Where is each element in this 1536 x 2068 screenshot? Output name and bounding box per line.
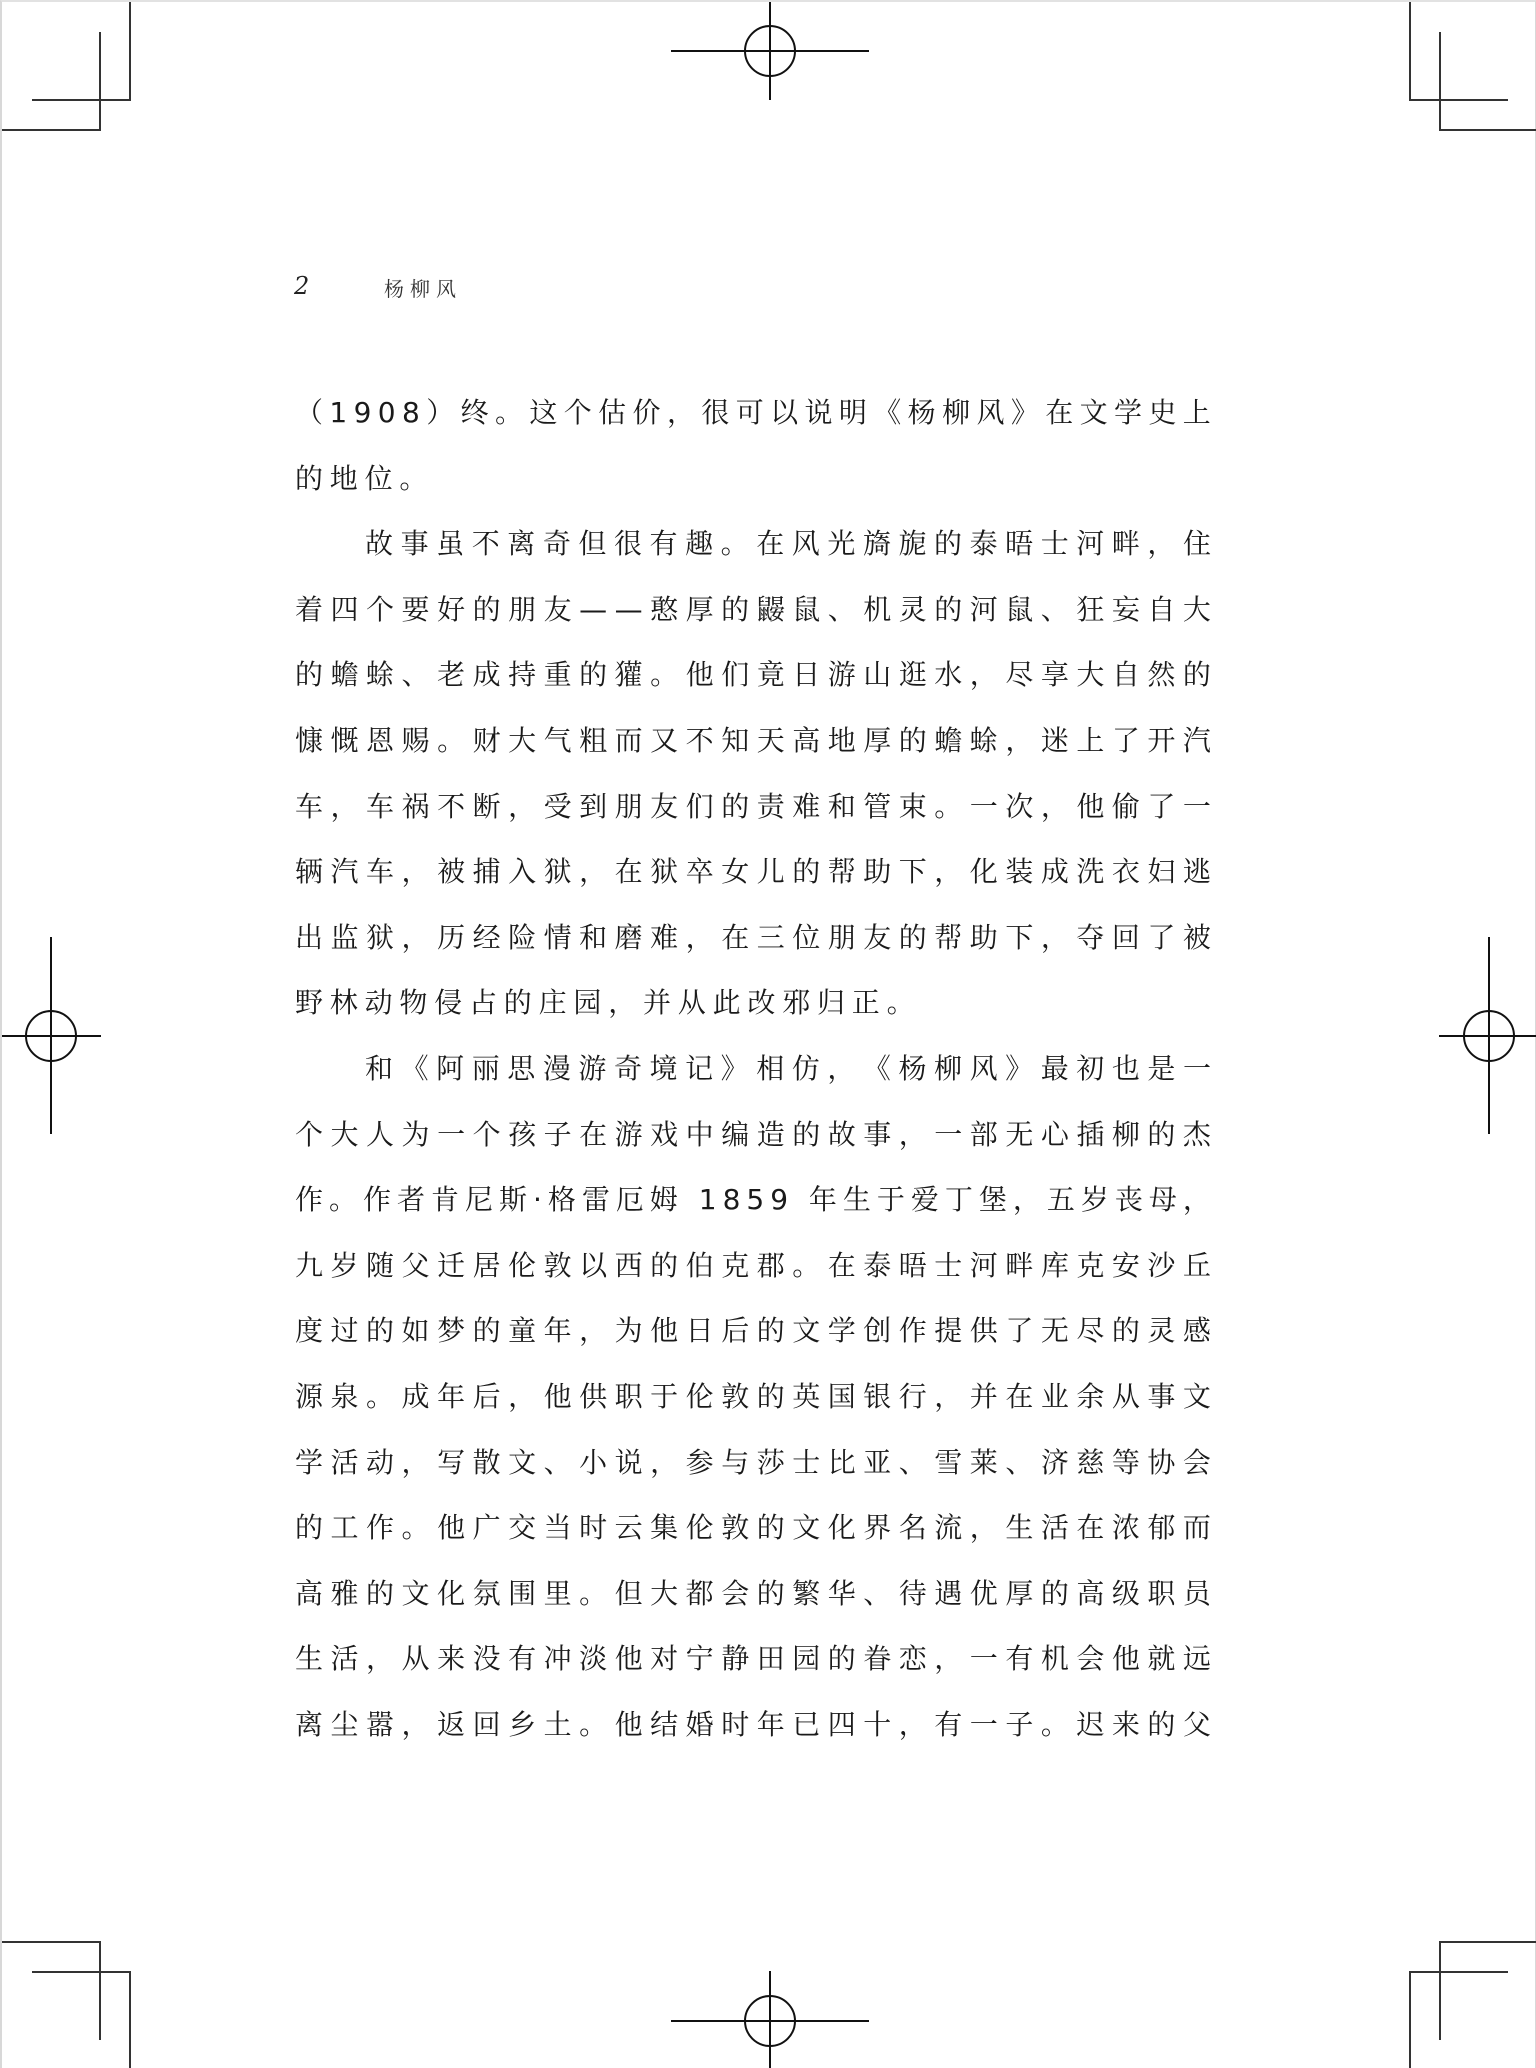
text-line: 九岁随父迁居伦敦以西的伯克郡。在泰晤士河畔库克安沙丘 [295, 1243, 1211, 1289]
text-line: 离尘嚣，返回乡土。他结婚时年已四十，有一子。迟来的父 [295, 1702, 1211, 1748]
text-line: 和《阿丽思漫游奇境记》相仿，《杨柳风》最初也是一 [295, 1046, 1211, 1092]
text-line: 源泉。成年后，他供职于伦敦的英国银行，并在业余从事文 [295, 1374, 1211, 1420]
registration-mark-right-icon [1439, 937, 1536, 1134]
crop-mark-top-left-icon [2, 2, 130, 130]
text-line: 生活，从来没有冲淡他对宁静田园的眷恋，一有机会他就远 [295, 1636, 1211, 1682]
crop-mark-bottom-right-icon [1410, 1942, 1536, 2068]
text-line: 个大人为一个孩子在游戏中编造的故事，一部无心插柳的杰 [295, 1112, 1211, 1158]
running-head-title: 杨柳风 [384, 273, 462, 302]
registration-mark-bottom-icon [671, 1971, 869, 2068]
text-line: 高雅的文化氛围里。但大都会的繁华、待遇优厚的高级职员 [295, 1571, 1211, 1617]
text-line: 辆汽车，被捕入狱，在狱卒女儿的帮助下，化装成洗衣妇逃 [295, 849, 1211, 895]
text-line: 的地位。 [295, 456, 1211, 502]
registration-mark-top-icon [671, 2, 869, 100]
page-number: 2 [294, 272, 309, 300]
text-line: 学活动，写散文、小说，参与莎士比亚、雪莱、济慈等协会 [295, 1440, 1211, 1486]
text-line: 慷慨恩赐。财大气粗而又不知天高地厚的蟾蜍，迷上了开汽 [295, 718, 1211, 764]
text-line: 着四个要好的朋友——憨厚的鼹鼠、机灵的河鼠、狂妄自大 [295, 587, 1211, 633]
text-line: 作。作者肯尼斯·格雷厄姆 1859 年生于爱丁堡，五岁丧母， [295, 1177, 1211, 1223]
printer-marks [2, 2, 1536, 2068]
text-line: 故事虽不离奇但很有趣。在风光旖旎的泰晤士河畔，住 [295, 521, 1211, 567]
text-line: 出监狱，历经险情和磨难，在三位朋友的帮助下，夺回了被 [295, 915, 1211, 961]
text-line: 野林动物侵占的庄园，并从此改邪归正。 [295, 980, 1211, 1026]
text-line: 车，车祸不断，受到朋友们的责难和管束。一次，他偷了一 [295, 784, 1211, 830]
text-line: 的蟾蜍、老成持重的獾。他们竟日游山逛水，尽享大自然的 [295, 652, 1211, 698]
crop-mark-top-right-icon [1410, 2, 1536, 130]
crop-mark-bottom-left-icon [2, 1942, 130, 2068]
text-line: 的工作。他广交当时云集伦敦的文化界名流，生活在浓郁而 [295, 1505, 1211, 1551]
registration-mark-left-icon [2, 937, 101, 1134]
text-line: （1908）终。这个估价，很可以说明《杨柳风》在文学史上 [295, 390, 1211, 436]
book-page: 2 杨柳风 （1908）终。这个估价，很可以说明《杨柳风》在文学史上的地位。故事… [0, 0, 1536, 2068]
text-line: 度过的如梦的童年，为他日后的文学创作提供了无尽的灵感 [295, 1308, 1211, 1354]
